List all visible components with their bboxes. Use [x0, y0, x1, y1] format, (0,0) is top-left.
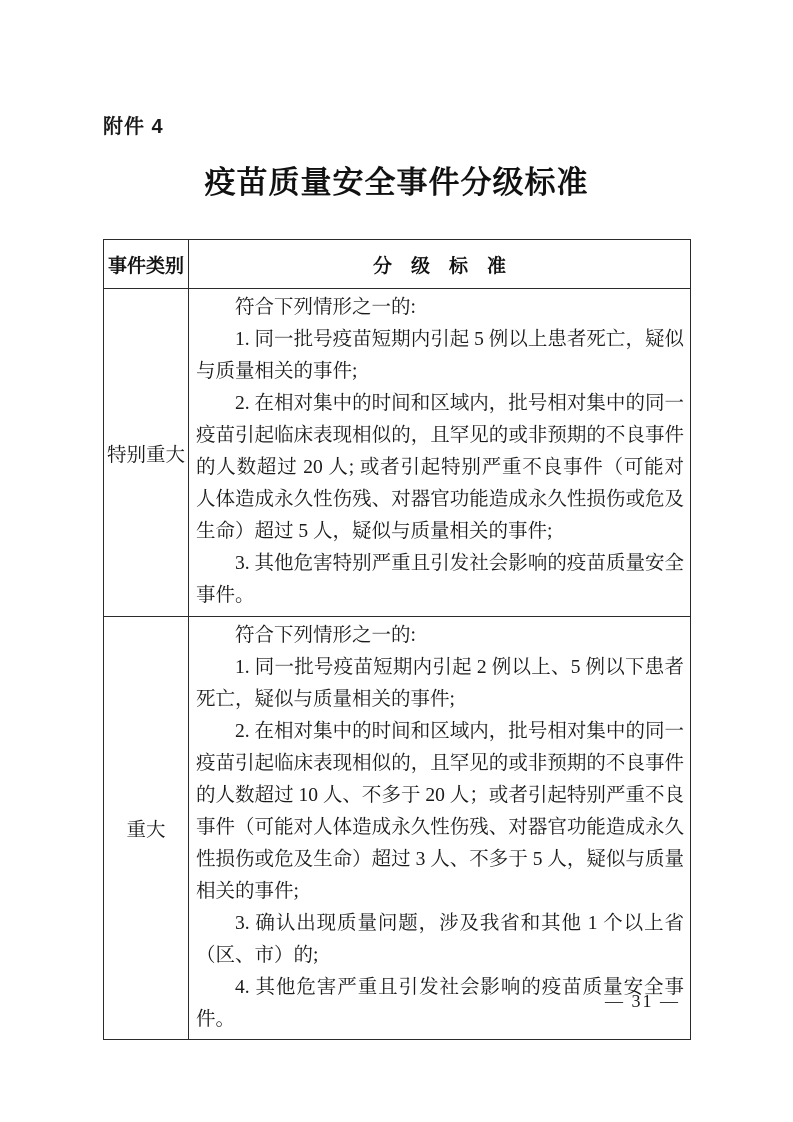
classification-table: 事件类别 分 级 标 准 特别重大 符合下列情形之一的: 1. 同一批号疫苗短期…	[103, 239, 691, 1040]
column-header-standard: 分 级 标 准	[189, 240, 691, 289]
criteria-item: 2. 在相对集中的时间和区域内，批号相对集中的同一疫苗引起临床表现相似的，且罕见…	[196, 388, 684, 548]
criteria-intro: 符合下列情形之一的:	[196, 292, 684, 324]
document-page: 附件 4 疫苗质量安全事件分级标准 事件类别 分 级 标 准 特别重大 符合下列…	[0, 0, 793, 1122]
category-cell-especially-major: 特别重大	[104, 289, 189, 617]
criteria-item: 1. 同一批号疫苗短期内引起 2 例以上、5 例以下患者死亡，疑似与质量相关的事…	[196, 652, 684, 716]
standard-cell-especially-major: 符合下列情形之一的: 1. 同一批号疫苗短期内引起 5 例以上患者死亡，疑似与质…	[189, 289, 691, 617]
category-cell-major: 重大	[104, 617, 189, 1040]
table-row: 特别重大 符合下列情形之一的: 1. 同一批号疫苗短期内引起 5 例以上患者死亡…	[104, 289, 691, 617]
attachment-label: 附件 4	[103, 110, 164, 139]
page-number: — 31 —	[605, 991, 680, 1012]
criteria-item: 2. 在相对集中的时间和区域内，批号相对集中的同一疫苗引起临床表现相似的，且罕见…	[196, 716, 684, 908]
table-row: 重大 符合下列情形之一的: 1. 同一批号疫苗短期内引起 2 例以上、5 例以下…	[104, 617, 691, 1040]
criteria-item: 1. 同一批号疫苗短期内引起 5 例以上患者死亡，疑似与质量相关的事件;	[196, 324, 684, 388]
table-header-row: 事件类别 分 级 标 准	[104, 240, 691, 289]
page-title: 疫苗质量安全事件分级标准	[0, 157, 793, 202]
column-header-category: 事件类别	[104, 240, 189, 289]
criteria-item: 3. 确认出现质量问题，涉及我省和其他 1 个以上省（区、市）的;	[196, 908, 684, 972]
criteria-intro: 符合下列情形之一的:	[196, 620, 684, 652]
standard-cell-major: 符合下列情形之一的: 1. 同一批号疫苗短期内引起 2 例以上、5 例以下患者死…	[189, 617, 691, 1040]
criteria-item: 3. 其他危害特别严重且引发社会影响的疫苗质量安全事件。	[196, 548, 684, 612]
